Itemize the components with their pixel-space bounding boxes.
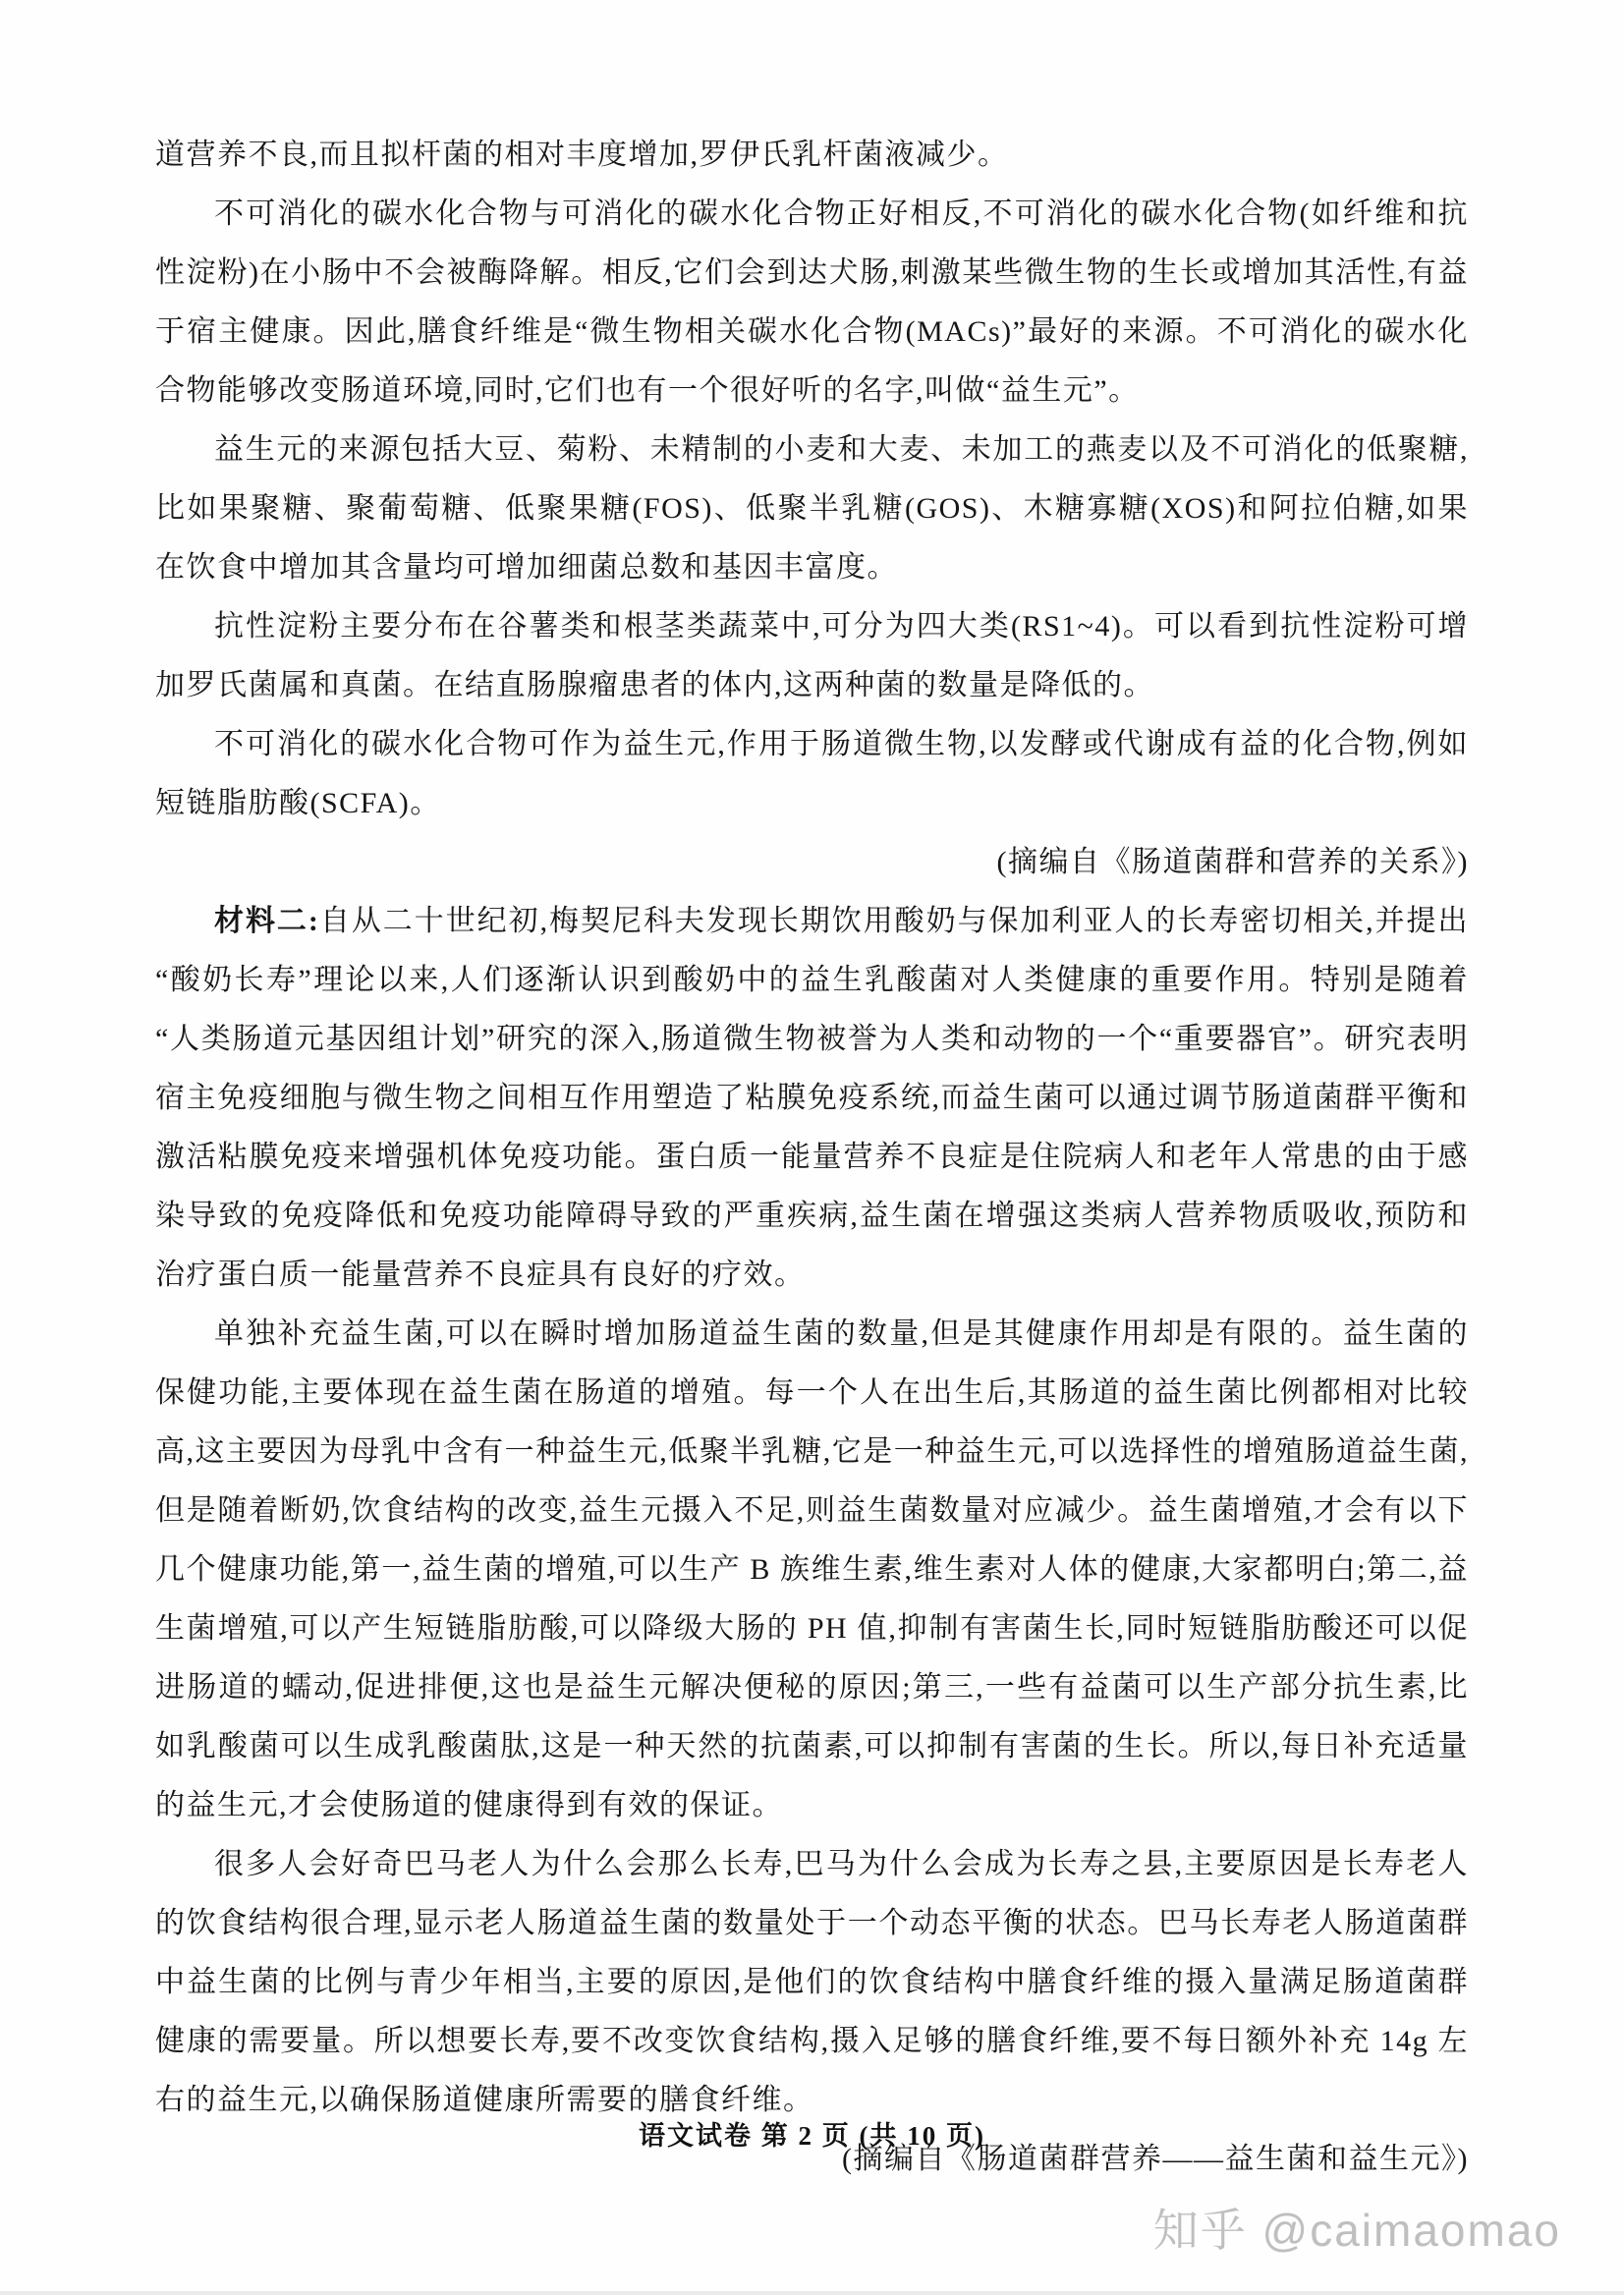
material1-para-scfa: 不可消化的碳水化合物可作为益生元,作用于肠道微生物,以发酵或代谢成有益的化合物,… [155, 715, 1469, 833]
material1-para-prebiotic-sources: 益生元的来源包括大豆、菊粉、未精制的小麦和大麦、未加工的燕麦以及不可消化的低聚糖… [155, 420, 1469, 597]
page-footer: 语文试卷 第 2 页 (共 10 页) [0, 2114, 1624, 2153]
material2-para-bama-longevity: 很多人会好奇巴马老人为什么会那么长寿,巴马为什么会成为长寿之县,主要原因是长寿老… [155, 1835, 1469, 2130]
exam-text-body: 道营养不良,而且拟杆菌的相对丰度增加,罗伊氏乳杆菌液减少。 不可消化的碳水化合物… [155, 126, 1469, 2189]
page-bottom-edge [0, 2291, 1624, 2295]
material1-continuation-line: 道营养不良,而且拟杆菌的相对丰度增加,罗伊氏乳杆菌液减少。 [155, 126, 1469, 185]
source-citation-1: (摘编自《肠道菌群和营养的关系》) [155, 833, 1469, 892]
exam-paper-page: 道营养不良,而且拟杆菌的相对丰度增加,罗伊氏乳杆菌液减少。 不可消化的碳水化合物… [0, 0, 1624, 2295]
material2-para-intro: 材料二:自从二十世纪初,梅契尼科夫发现长期饮用酸奶与保加利亚人的长寿密切相关,并… [155, 892, 1469, 1305]
material1-para-resistant-starch: 抗性淀粉主要分布在谷薯类和根茎类蔬菜中,可分为四大类(RS1~4)。可以看到抗性… [155, 597, 1469, 715]
material2-intro-text: 自从二十世纪初,梅契尼科夫发现长期饮用酸奶与保加利亚人的长寿密切相关,并提出“酸… [155, 905, 1469, 1291]
material2-label: 材料二: [214, 905, 319, 937]
material2-para-probiotic-functions: 单独补充益生菌,可以在瞬时增加肠道益生菌的数量,但是其健康作用却是有限的。益生菌… [155, 1305, 1469, 1835]
zhihu-watermark: 知乎 @caimaomao [1153, 2195, 1561, 2260]
material1-para-indigestible-carbs: 不可消化的碳水化合物与可消化的碳水化合物正好相反,不可消化的碳水化合物(如纤维和… [155, 185, 1469, 420]
